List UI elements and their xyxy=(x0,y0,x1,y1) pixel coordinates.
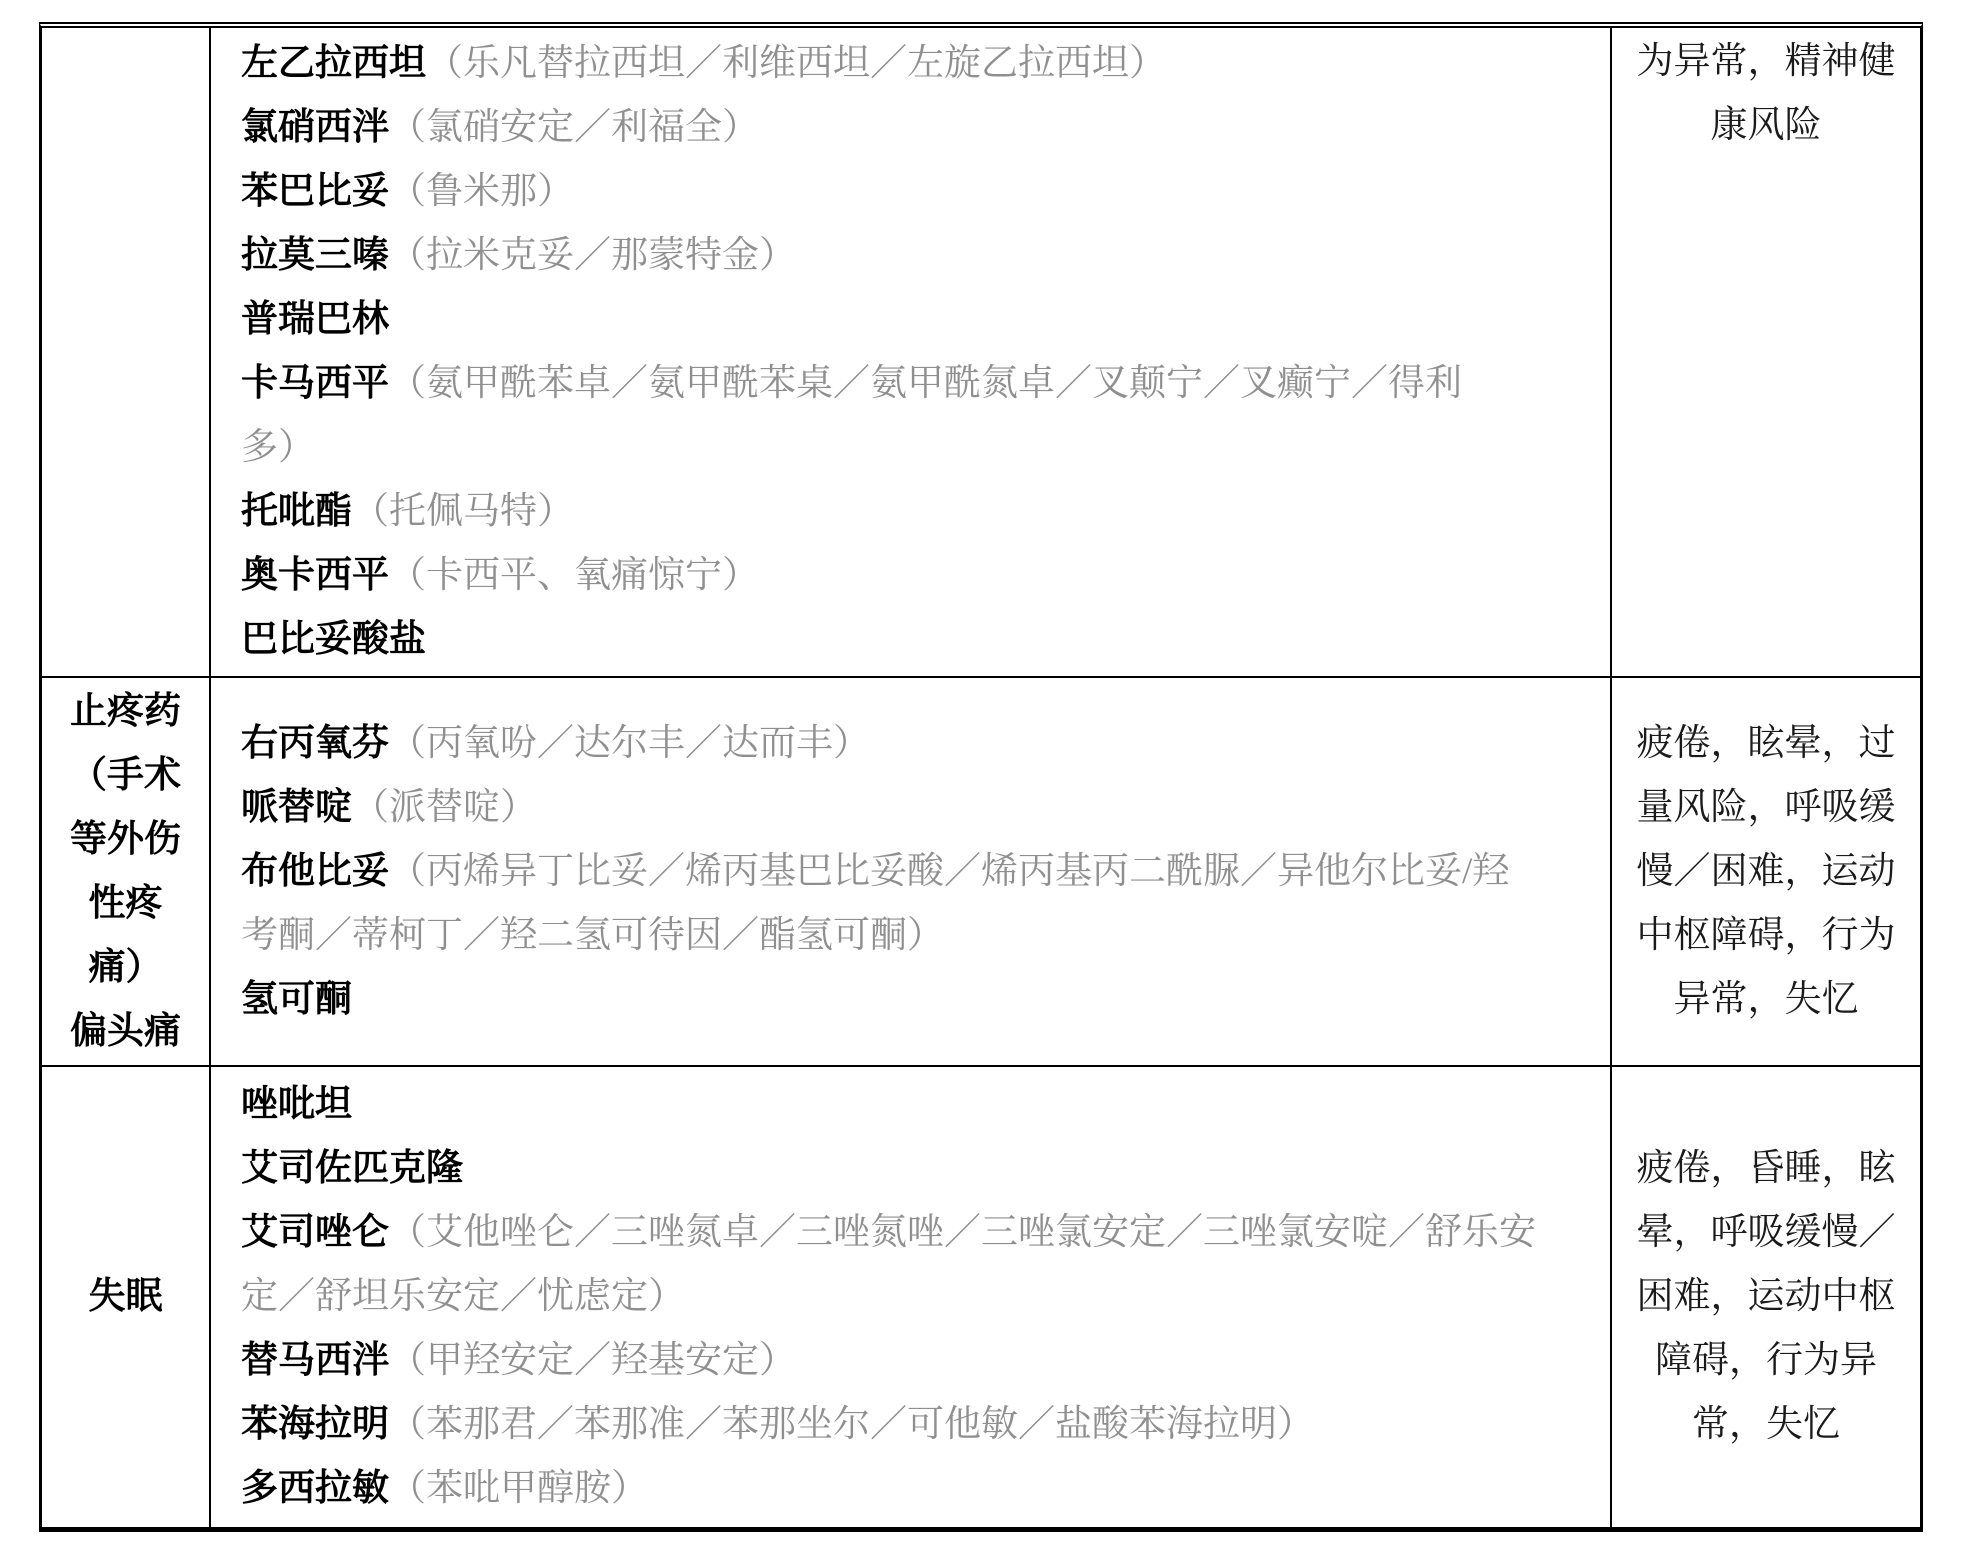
category-cell: 止疼药 （手术 等外伤 性疼 痛） 偏头痛 xyxy=(42,678,211,1067)
drug-entry: 卡马西平（氨甲酰苯卓／氨甲酰苯桌／氨甲酰氮卓／叉颠宁／叉癫宁／得利 多） xyxy=(241,352,1598,480)
drug-name: 氢可酮 xyxy=(241,979,352,1020)
drug-alias: （氯硝安定／利福全） xyxy=(389,107,759,148)
drug-name: 哌替啶 xyxy=(241,787,352,828)
drug-alias: （苯吡甲醇胺） xyxy=(389,1468,648,1509)
drug-name: 拉莫三嗪 xyxy=(241,235,389,276)
drug-alias: （氨甲酰苯卓／氨甲酰苯桌／氨甲酰氮卓／叉颠宁／叉癫宁／得利 多） xyxy=(241,363,1462,468)
drug-name: 艾司唑仑 xyxy=(241,1212,389,1253)
drug-name: 氯硝西泮 xyxy=(241,107,389,148)
drug-name: 苯巴比妥 xyxy=(241,171,389,212)
category-cell: 失眠 xyxy=(42,1067,211,1527)
drug-alias: （丙烯异丁比妥／烯丙基巴比妥酸／烯丙基丙二酰脲／异他尔比妥/羟 考酮／蒂柯丁／羟… xyxy=(241,851,1509,956)
drug-name: 左乙拉西坦 xyxy=(241,43,426,84)
drug-entry: 右丙氧芬（丙氧吩／达尔丰／达而丰） xyxy=(241,712,1598,776)
drug-name: 艾司佐匹克隆 xyxy=(241,1148,463,1189)
medication-table: 左乙拉西坦（乐凡替拉西坦／利维西坦／左旋乙拉西坦） 氯硝西泮（氯硝安定／利福全）… xyxy=(39,22,1923,1532)
drug-entry: 氯硝西泮（氯硝安定／利福全） xyxy=(241,96,1598,160)
drug-alias: （派替啶） xyxy=(352,787,537,828)
drug-alias: （卡西平、氧痛惊宁） xyxy=(389,555,759,596)
drug-alias: （托佩马特） xyxy=(352,491,574,532)
drug-name: 右丙氧芬 xyxy=(241,723,389,764)
drug-entry: 普瑞巴林 xyxy=(241,288,1598,352)
drug-alias: （苯那君／苯那准／苯那坐尔／可他敏／盐酸苯海拉明） xyxy=(389,1404,1314,1445)
drug-entry: 苯海拉明（苯那君／苯那准／苯那坐尔／可他敏／盐酸苯海拉明） xyxy=(241,1393,1598,1457)
drug-list-cell: 右丙氧芬（丙氧吩／达尔丰／达而丰） 哌替啶（派替啶） 布他比妥（丙烯异丁比妥／烯… xyxy=(211,678,1612,1067)
drug-name: 普瑞巴林 xyxy=(241,299,389,340)
drug-alias: （甲羟安定／羟基安定） xyxy=(389,1340,796,1381)
drug-entry: 巴比妥酸盐 xyxy=(241,608,1598,672)
drug-list-cell: 左乙拉西坦（乐凡替拉西坦／利维西坦／左旋乙拉西坦） 氯硝西泮（氯硝安定／利福全）… xyxy=(211,28,1612,678)
drug-entry: 艾司唑仑（艾他唑仑／三唑氮卓／三唑氮唑／三唑氯安定／三唑氯安啶／舒乐安 定／舒坦… xyxy=(241,1201,1598,1329)
drug-entry: 苯巴比妥（鲁米那） xyxy=(241,160,1598,224)
drug-entry: 氢可酮 xyxy=(241,968,1598,1032)
drug-entry: 哌替啶（派替啶） xyxy=(241,776,1598,840)
drug-name: 布他比妥 xyxy=(241,851,389,892)
drug-entry: 左乙拉西坦（乐凡替拉西坦／利维西坦／左旋乙拉西坦） xyxy=(241,32,1598,96)
side-effects-cell: 疲倦，眩晕，过 量风险，呼吸缓 慢／困难，运动 中枢障碍，行为 异常，失忆 xyxy=(1612,678,1920,1067)
drug-name: 唑吡坦 xyxy=(241,1084,352,1125)
category-cell xyxy=(42,28,211,678)
side-effects-cell: 为异常，精神健 康风险 xyxy=(1612,28,1920,678)
drug-alias: （乐凡替拉西坦／利维西坦／左旋乙拉西坦） xyxy=(426,43,1166,84)
drug-name: 托吡酯 xyxy=(241,491,352,532)
drug-entry: 奥卡西平（卡西平、氧痛惊宁） xyxy=(241,544,1598,608)
drug-name: 卡马西平 xyxy=(241,363,389,404)
drug-entry: 多西拉敏（苯吡甲醇胺） xyxy=(241,1457,1598,1521)
drug-entry: 拉莫三嗪（拉米克妥／那蒙特金） xyxy=(241,224,1598,288)
drug-name: 替马西泮 xyxy=(241,1340,389,1381)
drug-name: 苯海拉明 xyxy=(241,1404,389,1445)
drug-alias: （拉米克妥／那蒙特金） xyxy=(389,235,796,276)
drug-entry: 唑吡坦 xyxy=(241,1073,1598,1137)
drug-name: 多西拉敏 xyxy=(241,1468,389,1509)
drug-name: 奥卡西平 xyxy=(241,555,389,596)
drug-entry: 艾司佐匹克隆 xyxy=(241,1137,1598,1201)
drug-entry: 布他比妥（丙烯异丁比妥／烯丙基巴比妥酸／烯丙基丙二酰脲／异他尔比妥/羟 考酮／蒂… xyxy=(241,840,1598,968)
document-page: 左乙拉西坦（乐凡替拉西坦／利维西坦／左旋乙拉西坦） 氯硝西泮（氯硝安定／利福全）… xyxy=(0,0,1962,1567)
drug-alias: （艾他唑仑／三唑氮卓／三唑氮唑／三唑氯安定／三唑氯安啶／舒乐安 定／舒坦乐安定／… xyxy=(241,1212,1536,1317)
drug-list-cell: 唑吡坦 艾司佐匹克隆 艾司唑仑（艾他唑仑／三唑氮卓／三唑氮唑／三唑氯安定／三唑氯… xyxy=(211,1067,1612,1527)
drug-entry: 替马西泮（甲羟安定／羟基安定） xyxy=(241,1329,1598,1393)
drug-alias: （丙氧吩／达尔丰／达而丰） xyxy=(389,723,870,764)
side-effects-cell: 疲倦，昏睡，眩 晕，呼吸缓慢／ 困难，运动中枢 障碍，行为异 常，失忆 xyxy=(1612,1067,1920,1527)
drug-alias: （鲁米那） xyxy=(389,171,574,212)
drug-name: 巴比妥酸盐 xyxy=(241,619,426,660)
drug-entry: 托吡酯（托佩马特） xyxy=(241,480,1598,544)
